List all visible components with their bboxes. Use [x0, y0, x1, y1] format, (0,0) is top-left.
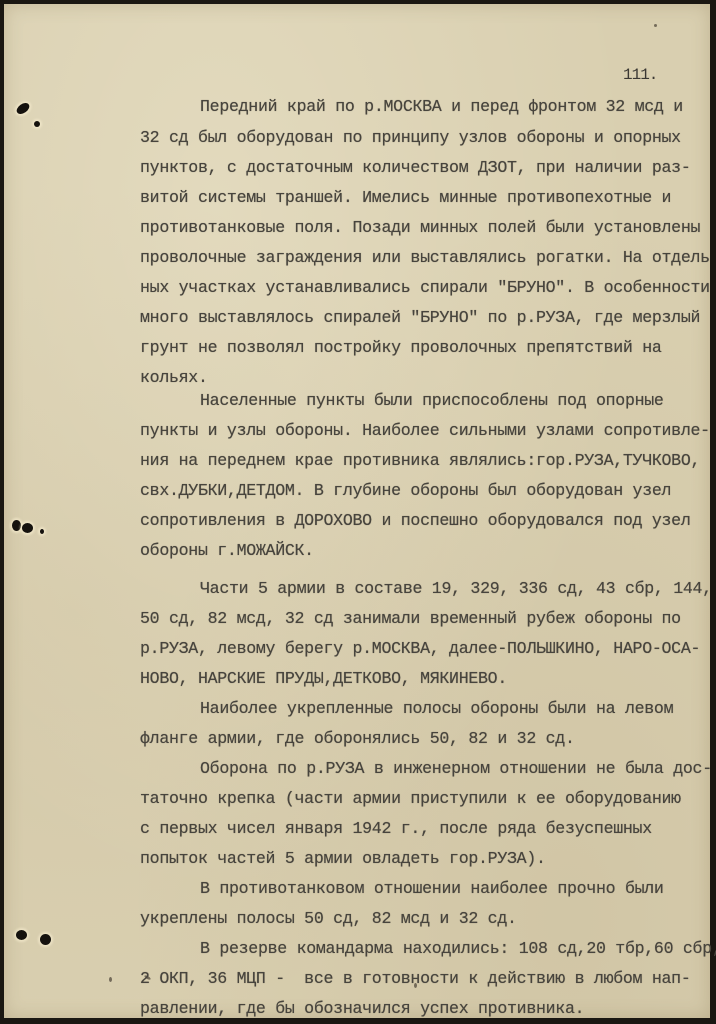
text-line: 32 сд был оборудован по принципу узлов о…	[140, 127, 681, 149]
text-line: пунктов, с достаточным количеством ДЗОТ,…	[140, 157, 691, 179]
punch-hole	[22, 523, 33, 533]
text-line: свх.ДУБКИ,ДЕТДОМ. В глубине обороны был …	[140, 480, 671, 502]
text-line: противотанковые поля. Позади минных поле…	[140, 217, 700, 239]
punch-hole	[16, 930, 27, 940]
text-line: попыток частей 5 армии овладеть гор.РУЗА…	[140, 848, 546, 870]
page-number: 111.	[623, 66, 657, 84]
punch-hole	[40, 529, 44, 534]
paper-speck	[654, 24, 657, 27]
punch-hole	[15, 101, 32, 116]
text-line: с первых чисел января 1942 г., после ряд…	[140, 818, 652, 840]
punch-hole	[34, 121, 40, 127]
text-line: ния на переднем крае противника являлись…	[140, 450, 700, 472]
text-line: НОВО, НАРСКИЕ ПРУДЫ,ДЕТКОВО, МЯКИНЕВО.	[140, 668, 507, 690]
text-line: обороны г.МОЖАЙСК.	[140, 540, 314, 562]
text-line: таточно крепка (части армии приступили к…	[140, 788, 681, 810]
punch-hole	[40, 934, 51, 945]
text-line: 50 сд, 82 мсд, 32 сд занимали временный …	[140, 608, 681, 630]
punch-hole	[12, 520, 21, 531]
text-line: В противотанковом отношении наиболее про…	[200, 878, 664, 900]
text-line: Оборона по р.РУЗА в инженерном отношении…	[200, 758, 712, 780]
text-line: проволочные заграждения или выставлялись…	[140, 247, 710, 269]
text-line: много выставлялось спиралей "БРУНО" по р…	[140, 307, 700, 329]
text-line: укреплены полосы 50 сд, 82 мсд и 32 сд.	[140, 908, 517, 930]
text-line: пункты и узлы обороны. Наиболее сильными…	[140, 420, 710, 442]
text-line: грунт не позволял постройку проволочных …	[140, 337, 662, 359]
text-line: кольях.	[140, 367, 208, 389]
text-line: сопротивления в ДОРОХОВО и поспешно обор…	[140, 510, 691, 532]
text-line: В резерве командарма находились: 108 сд,…	[200, 938, 716, 960]
text-line: Наиболее укрепленные полосы обороны были…	[200, 698, 673, 720]
text-line: фланге армии, где оборонялись 50, 82 и 3…	[140, 728, 575, 750]
text-line: 2 ОКП, 36 МЦП - все в готовности к дейст…	[140, 968, 691, 990]
text-line: р.РУЗА, левому берегу р.МОСКВА, далее-ПО…	[140, 638, 700, 660]
text-line: Передний край по р.МОСКВА и перед фронто…	[200, 96, 683, 118]
text-line: Части 5 армии в составе 19, 329, 336 сд,…	[200, 578, 712, 600]
text-line: равлении, где бы обозначился успех проти…	[140, 998, 584, 1020]
text-line: витой системы траншей. Имелись минные пр…	[140, 187, 671, 209]
paper-speck	[109, 977, 112, 982]
text-line: Населенные пункты были приспособлены под…	[200, 390, 664, 412]
text-line: ных участках устанавливались спирали "БР…	[140, 277, 710, 299]
